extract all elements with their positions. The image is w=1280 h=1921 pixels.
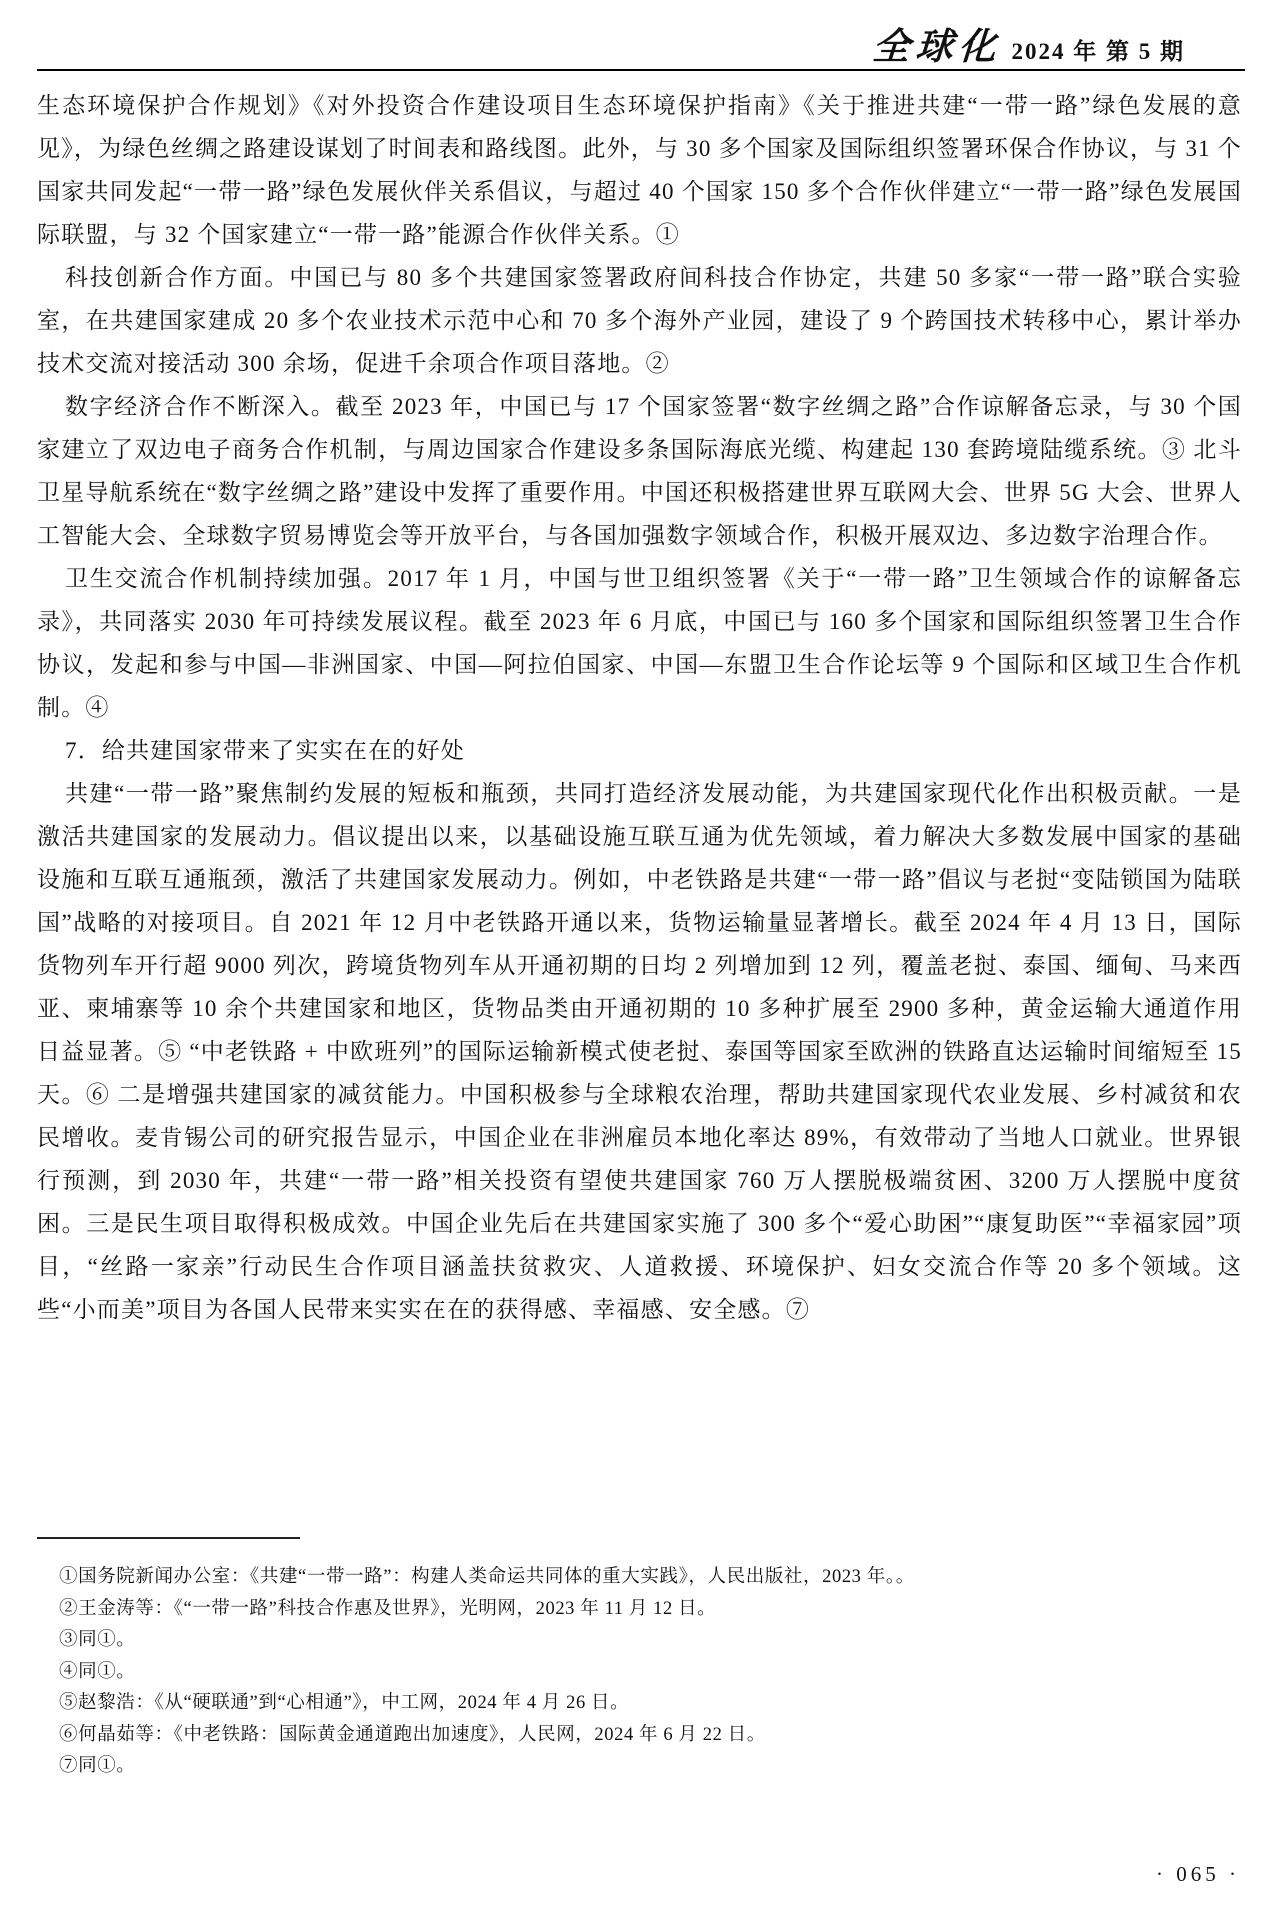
footnote-4: ④同①。 <box>59 1657 1240 1689</box>
paragraph-digital-economy: 数字经济合作不断深入。截至 2023 年，中国已与 17 个国家签署“数字丝绸之… <box>37 385 1242 557</box>
journal-page: 全球化 2024 年 第 5 期 生态环境保护合作规划》《对外投资合作建设项目生… <box>0 0 1280 1921</box>
footnote-divider <box>37 1537 300 1539</box>
paragraph-health-cooperation: 卫生交流合作机制持续加强。2017 年 1 月，中国与世卫组织签署《关于“一带一… <box>37 557 1242 729</box>
footnote-7: ⑦同①。 <box>59 1751 1240 1783</box>
footnote-6: ⑥何晶茹等：《中老铁路：国际黄金通道跑出加速度》，人民网，2024 年 6 月 … <box>59 1720 1240 1752</box>
footnote-2: ②王金涛等：《“一带一路”科技合作惠及世界》，光明网，2023 年 11 月 1… <box>59 1594 1240 1626</box>
footnote-3: ③同①。 <box>59 1625 1240 1657</box>
header-divider <box>37 69 1245 71</box>
section-heading: 7．给共建国家带来了实实在在的好处 <box>37 729 1242 772</box>
footnote-1: ①国务院新闻办公室：《共建“一带一路”：构建人类命运共同体的重大实践》，人民出版… <box>59 1562 1240 1594</box>
journal-title: 全球化 <box>871 16 1004 70</box>
page-header: 全球化 2024 年 第 5 期 <box>37 16 1185 70</box>
article-body: 生态环境保护合作规划》《对外投资合作建设项目生态环境保护指南》《关于推进共建“一… <box>37 84 1242 1331</box>
footnote-5: ⑤赵黎浩：《从“硬联通”到“心相通”》，中工网，2024 年 4 月 26 日。 <box>59 1688 1240 1720</box>
paragraph-benefits: 共建“一带一路”聚焦制约发展的短板和瓶颈，共同打造经济发展动能，为共建国家现代化… <box>37 772 1242 1331</box>
page-number: · 065 · <box>1156 1862 1240 1887</box>
footnotes: ①国务院新闻办公室：《共建“一带一路”：构建人类命运共同体的重大实践》，人民出版… <box>59 1562 1240 1783</box>
issue-info: 2024 年 第 5 期 <box>1012 33 1186 66</box>
paragraph-tech-cooperation: 科技创新合作方面。中国已与 80 多个共建国家签署政府间科技合作协定，共建 50… <box>37 256 1242 385</box>
paragraph-green-cooperation: 生态环境保护合作规划》《对外投资合作建设项目生态环境保护指南》《关于推进共建“一… <box>37 84 1242 256</box>
